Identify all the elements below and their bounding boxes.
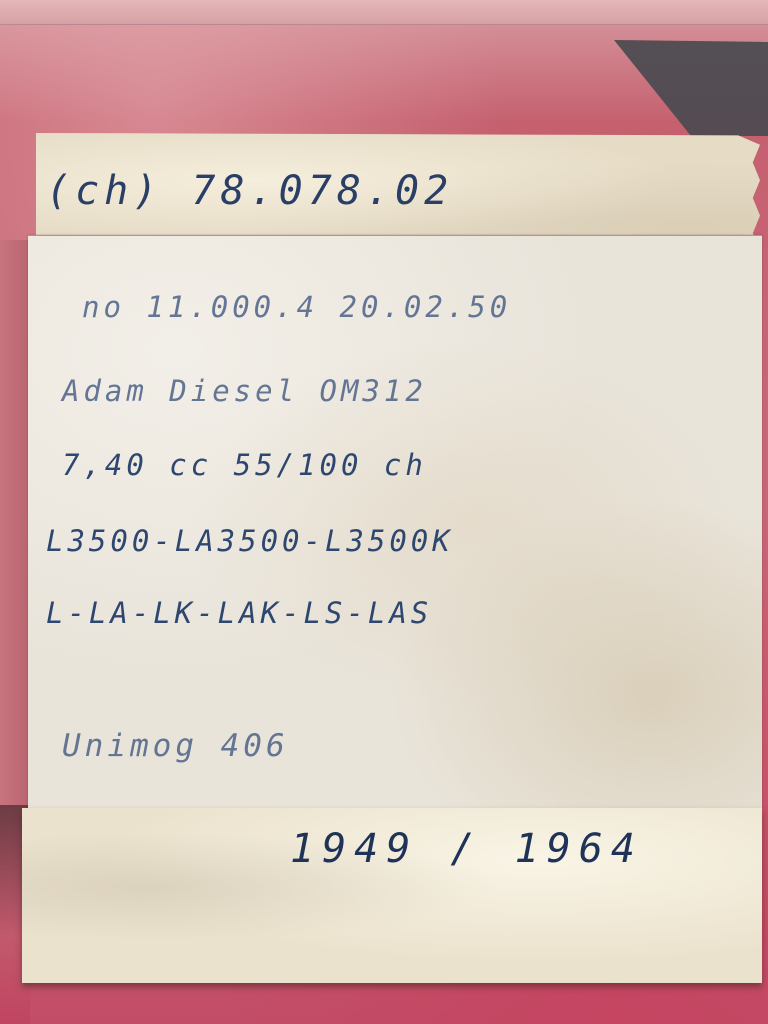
card-line-models-1: L3500-LA3500-L3500K: [46, 524, 454, 558]
reference-number: (ch) 78.078.02: [46, 168, 453, 214]
production-years: 1949 / 1964: [290, 826, 643, 872]
fabric-top-edge: [0, 0, 768, 25]
card-line-vehicle: Unimog 406: [62, 728, 289, 764]
card-line-displacement-power: 7,40 cc 55/100 ch: [62, 448, 427, 482]
card-line-engine: Adam Diesel OM312: [62, 374, 427, 408]
card-line-models-2: L-LA-LK-LAK-LS-LAS: [46, 596, 432, 630]
dark-fabric-flap: [614, 40, 768, 136]
card-line-number-date: no 11.000.4 20.02.50: [82, 290, 511, 324]
